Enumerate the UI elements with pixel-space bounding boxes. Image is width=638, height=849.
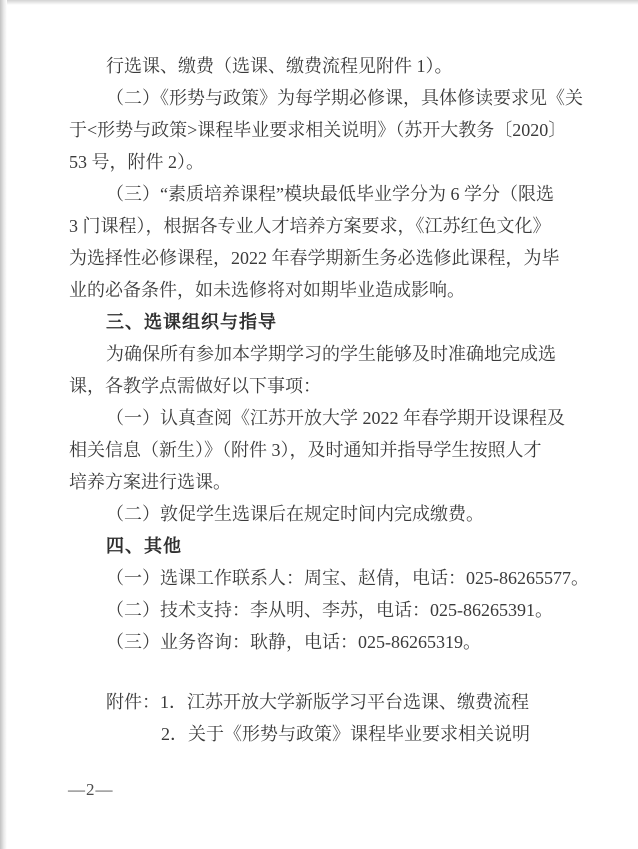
contact-line: （二）技术支持：李从明、李苏，电话：025-86265391。 — [69, 594, 571, 626]
body-line: 于<形势与政策>课程毕业要求相关说明》（苏开大教务〔2020〕 — [69, 114, 571, 146]
body-line: 业的必备条件，如未选修将对如期毕业造成影响。 — [69, 274, 571, 306]
document-page: 行选课、缴费（选课、缴费流程见附件 1）。 （二）《形势与政策》为每学期必修课，… — [0, 0, 638, 849]
attachments-gap — [69, 658, 571, 686]
body-line: （二）《形势与政策》为每学期必修课，具体修读要求见《关 — [69, 82, 571, 114]
body-line: 课，各教学点需做好以下事项： — [69, 370, 571, 402]
attachment-line-2: 2．关于《形势与政策》课程毕业要求相关说明 — [69, 718, 571, 750]
body-line: 为确保所有参加本学期学习的学生能够及时准确地完成选 — [69, 338, 571, 370]
contact-line: （三）业务咨询：耿静，电话：025-86265319。 — [69, 626, 571, 658]
body-line: 相关信息（新生）》（附件 3），及时通知并指导学生按照人才 — [69, 434, 571, 466]
contact-line: （一）选课工作联系人：周宝、赵倩，电话：025-86265577。 — [69, 562, 571, 594]
body-line: 为选择性必修课程，2022 年春学期新生务必选修此课程，为毕 — [69, 242, 571, 274]
scan-edge-top — [0, 0, 638, 5]
attachment-line-1: 附件：1．江苏开放大学新版学习平台选课、缴费流程 — [69, 686, 571, 718]
page-number: —2— — [68, 780, 114, 800]
scan-edge-left — [0, 0, 7, 849]
body-line: （二）敦促学生选课后在规定时间内完成缴费。 — [69, 498, 571, 530]
body-line: （三）“素质培养课程”模块最低毕业学分为 6 学分（限选 — [69, 178, 571, 210]
body-line: 3 门课程），根据各专业人才培养方案要求，《江苏红色文化》 — [69, 210, 571, 242]
body-line: 培养方案进行选课。 — [69, 466, 571, 498]
document-body: 行选课、缴费（选课、缴费流程见附件 1）。 （二）《形势与政策》为每学期必修课，… — [69, 50, 571, 750]
body-line: 行选课、缴费（选课、缴费流程见附件 1）。 — [69, 50, 571, 82]
body-line: 53 号，附件 2）。 — [69, 146, 571, 178]
body-line: （一）认真查阅《江苏开放大学 2022 年春学期开设课程及 — [69, 402, 571, 434]
section-heading-3: 三、选课组织与指导 — [69, 306, 571, 338]
section-heading-4: 四、其他 — [69, 530, 571, 562]
